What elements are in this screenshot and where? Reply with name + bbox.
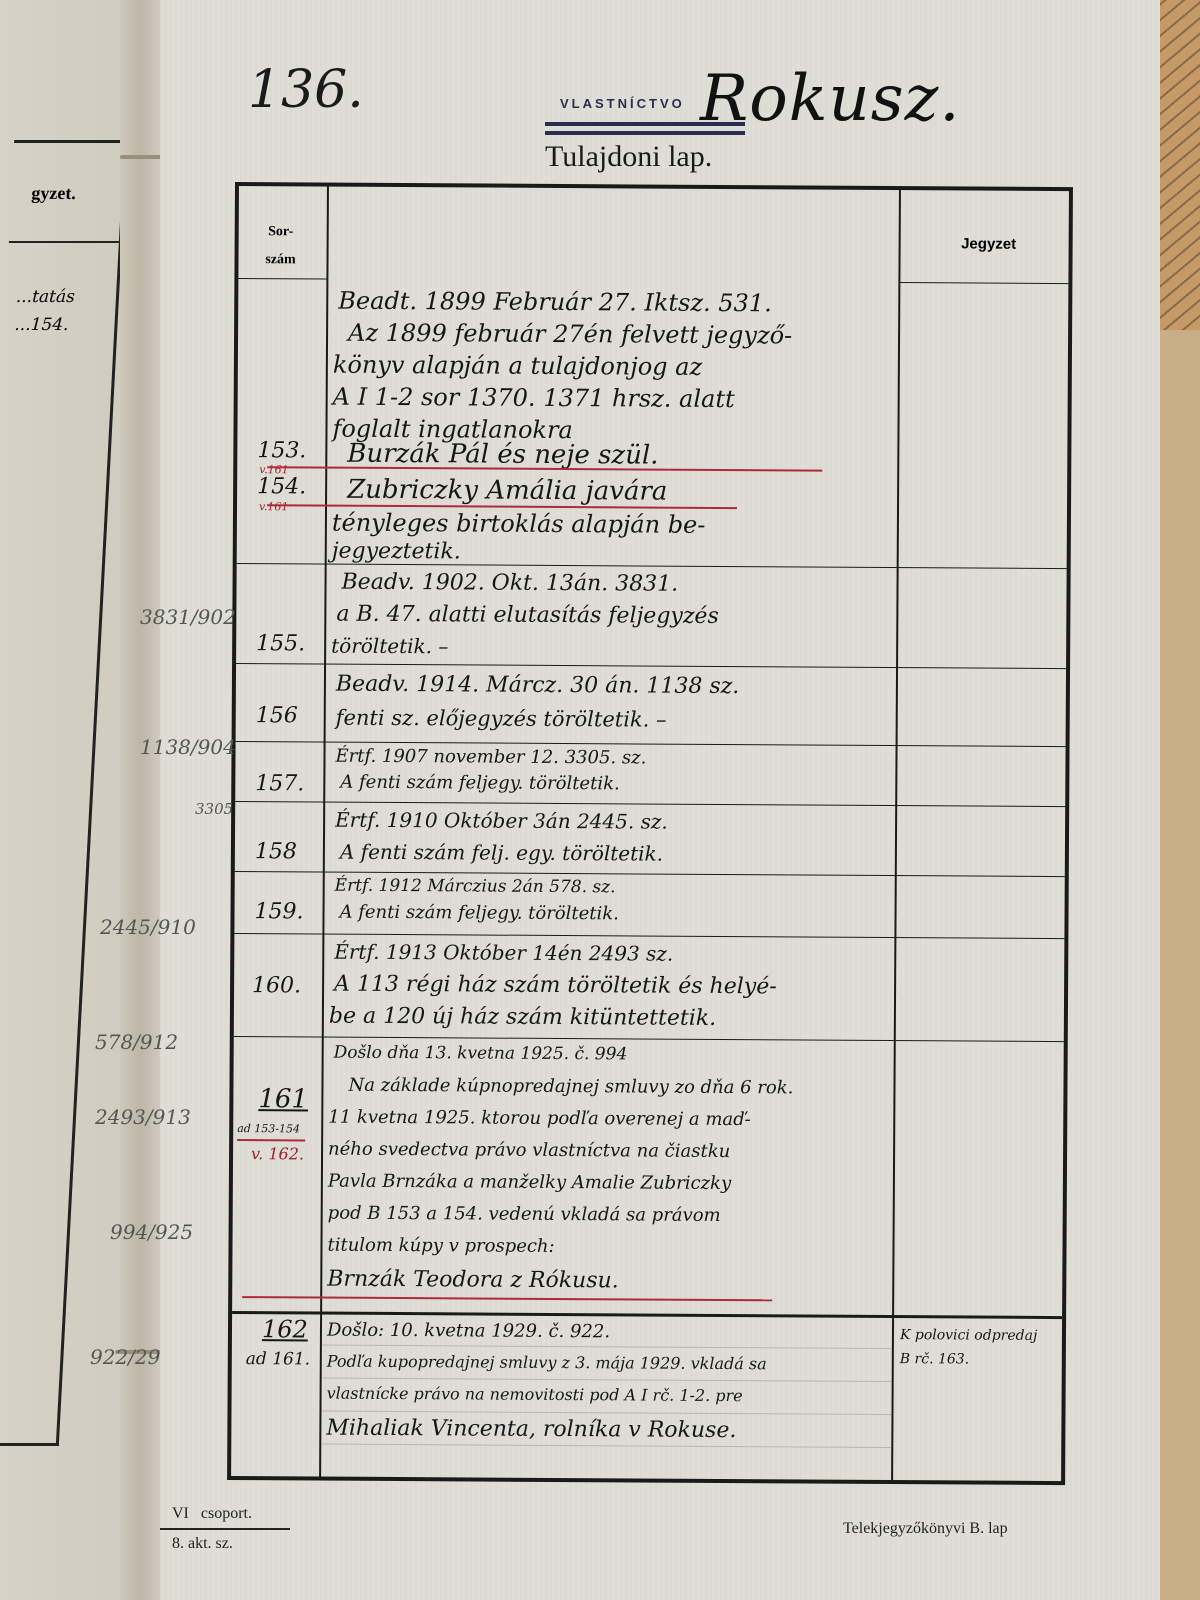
- left-page-frame: gyzet. ...tatás ...154.: [0, 140, 127, 1446]
- underline-red: [242, 1296, 772, 1301]
- footer-akt: 8. akt. sz.: [172, 1535, 233, 1553]
- footer-sheet-type: Telekjegyzőkönyvi B. lap: [843, 1520, 1008, 1538]
- sheet-title: Tulajdoni lap.: [545, 140, 712, 174]
- register-entry: Értf. 1912 Márczius 2án 578. sz. A fenti…: [234, 871, 1064, 938]
- margin-note: 922/29: [90, 1345, 160, 1369]
- margin-note: 1138/904: [140, 735, 236, 759]
- register-entry: Beadv. 1902. Okt. 13án. 3831. a B. 47. a…: [236, 563, 1067, 668]
- header-notes: Jegyzet: [919, 235, 1059, 253]
- left-page-header: gyzet.: [31, 183, 77, 204]
- footer-group: VI csoport.: [172, 1505, 252, 1523]
- entry-note: K polovici odpredaj B rč. 163.: [900, 1323, 1050, 1372]
- margin-note: 2445/910: [100, 915, 196, 939]
- register-entry: Értf. 1910 Október 3án 2445. sz. A fenti…: [235, 801, 1065, 876]
- margin-note: 578/912: [95, 1030, 178, 1054]
- margin-note: 3831/902: [140, 605, 236, 629]
- register-entry: Došlo: 10. kvetna 1929. č. 922. Podľa ku…: [231, 1311, 1062, 1481]
- header-serial-number: Sor- szám: [250, 218, 310, 274]
- ownership-register-table: Sor- szám Jegyzet Beadt. 1899 Február 27…: [227, 182, 1073, 1485]
- register-entry: Beadv. 1914. Márcz. 30 án. 1138 sz. fent…: [236, 663, 1066, 746]
- register-entry: Beadt. 1899 Február 27. Iktsz. 531. Az 1…: [237, 278, 1069, 568]
- desk-background: [1160, 0, 1200, 330]
- register-entry: Értf. 1913 Október 14én 2493 sz. A 113 r…: [234, 933, 1065, 1041]
- register-entry: Értf. 1907 november 12. 3305. sz. A fent…: [235, 741, 1065, 806]
- margin-note: 2493/913: [95, 1105, 191, 1129]
- margin-note: 994/925: [110, 1220, 193, 1244]
- page-number: 136.: [248, 60, 364, 120]
- vlastnictvo-stamp: VLASTNÍCTVO: [560, 96, 685, 111]
- margin-note: 3305: [195, 800, 233, 818]
- register-entry: Došlo dňa 13. kvetna 1925. č. 994 Na zák…: [232, 1036, 1064, 1316]
- place-name-title: Rokusz.: [700, 62, 961, 136]
- left-page-note: ...tatás ...154.: [14, 283, 76, 339]
- underline-red: [267, 466, 822, 471]
